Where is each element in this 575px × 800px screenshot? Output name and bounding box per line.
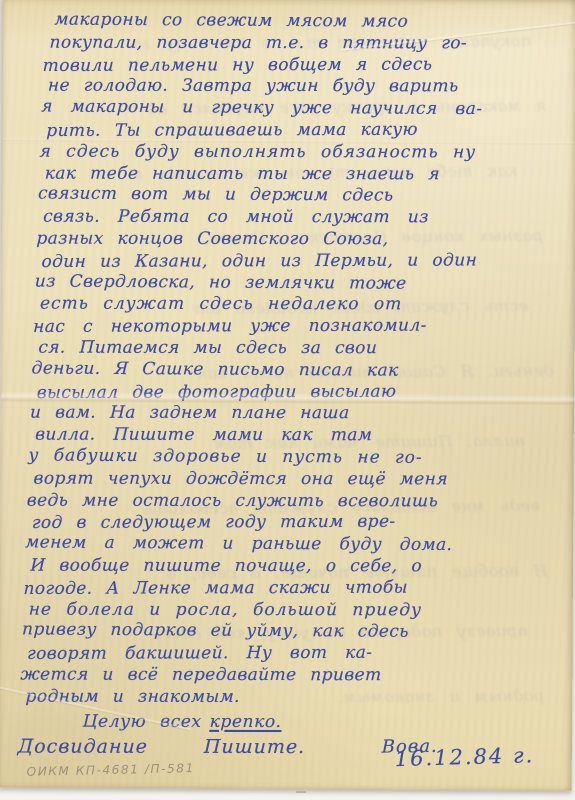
letter-line: я сдесь буду выполнять обязаность ну <box>39 141 565 164</box>
letter-line: разных концов Советского Союза, <box>36 229 562 252</box>
letter-paper: покупали, позавчера т.е. в пятницу го- я… <box>0 0 575 791</box>
letter-line: говорят бакшишей. Ну вот ка- <box>27 642 547 666</box>
letter-closing-line: Целую всехкрепко. <box>82 711 544 732</box>
letter-line: И вообще пишите почаще, о себе, о <box>30 556 550 579</box>
letter-line: как тебе написать ты же знаешь я <box>44 163 564 186</box>
letter-line: ведь мне осталось служить всеволишь <box>26 490 552 513</box>
letter-line: погоде. А Ленке мама скажи чтобы <box>23 577 549 601</box>
letter-line: один из Казани, один из Пермьи, и один <box>41 250 561 274</box>
letter-line: деньги. Я Сашке письмо писал как <box>31 358 557 383</box>
letter-line: у бабушки здоровье и пусть не го- <box>28 445 554 470</box>
letter-line: менем а может и раньше буду дома. <box>25 533 551 558</box>
letter-line: связь. Ребята со мной служат из <box>43 207 563 230</box>
letter-line: ворят чепухи дождётся она ещё меня <box>33 468 553 491</box>
letter-line: макароны со свежим мясом мясо <box>54 9 570 34</box>
closing-underlined-word: крепко. <box>209 711 282 731</box>
farewell-word: Досвидание <box>17 735 148 757</box>
letter-line: высылал две фотографии высылаю <box>36 381 556 405</box>
scanned-letter-page: покупали, позавчера т.е. в пятницу го- я… <box>0 0 575 800</box>
letter-line: я макароны и гречку уже научился ва- <box>41 97 567 122</box>
archive-stamp: ОИКМ КП-4681 /П-581 <box>27 761 195 779</box>
letter-line: покупали, позавчера т.е. в пятницу го- <box>49 32 569 55</box>
letter-line: есть служат сдесь недалеко от <box>40 294 560 317</box>
letter-line: вилла. Пишите мами как там <box>35 425 555 448</box>
write-plea-word: Пишите. <box>204 735 306 757</box>
letter-line: год в следующем году таким вре- <box>32 511 552 535</box>
letter-line: родным и знакомым. <box>25 686 545 709</box>
letter-line: жется и всё передавайте привет <box>20 664 546 687</box>
letter-line: нас с некоторыми уже познакомил- <box>33 315 559 339</box>
handwriting-layer: макароны со свежим мясом мясо покупали, … <box>17 11 569 758</box>
closing-prefix: Целую всех <box>82 711 202 731</box>
letter-line: ся. Питаемся мы сдесь за свои <box>38 338 558 361</box>
letter-line: и вам. На заднем плане наша <box>30 403 556 426</box>
letter-date: 16.12.84 г. <box>394 743 534 771</box>
letter-body: макароны со свежим мясом мясо покупали, … <box>19 11 570 709</box>
letter-line: привезу подарков ей уйму, как сдесь <box>22 620 548 645</box>
letter-line: рить. Ты спрашиваешь мама какую <box>46 119 566 143</box>
scan-edge-mark <box>296 791 306 793</box>
letter-line: товили пельмени ну вобщем я сдесь <box>42 54 568 78</box>
letter-line: не болела и росла, большой приеду <box>28 599 548 622</box>
letter-line: связист вот мы и держим сдесь <box>38 184 564 209</box>
letter-line: не голодаю. Завтра ужин буду варить <box>48 76 568 99</box>
letter-line: из Свердловска, но землячки тоже <box>34 271 560 296</box>
